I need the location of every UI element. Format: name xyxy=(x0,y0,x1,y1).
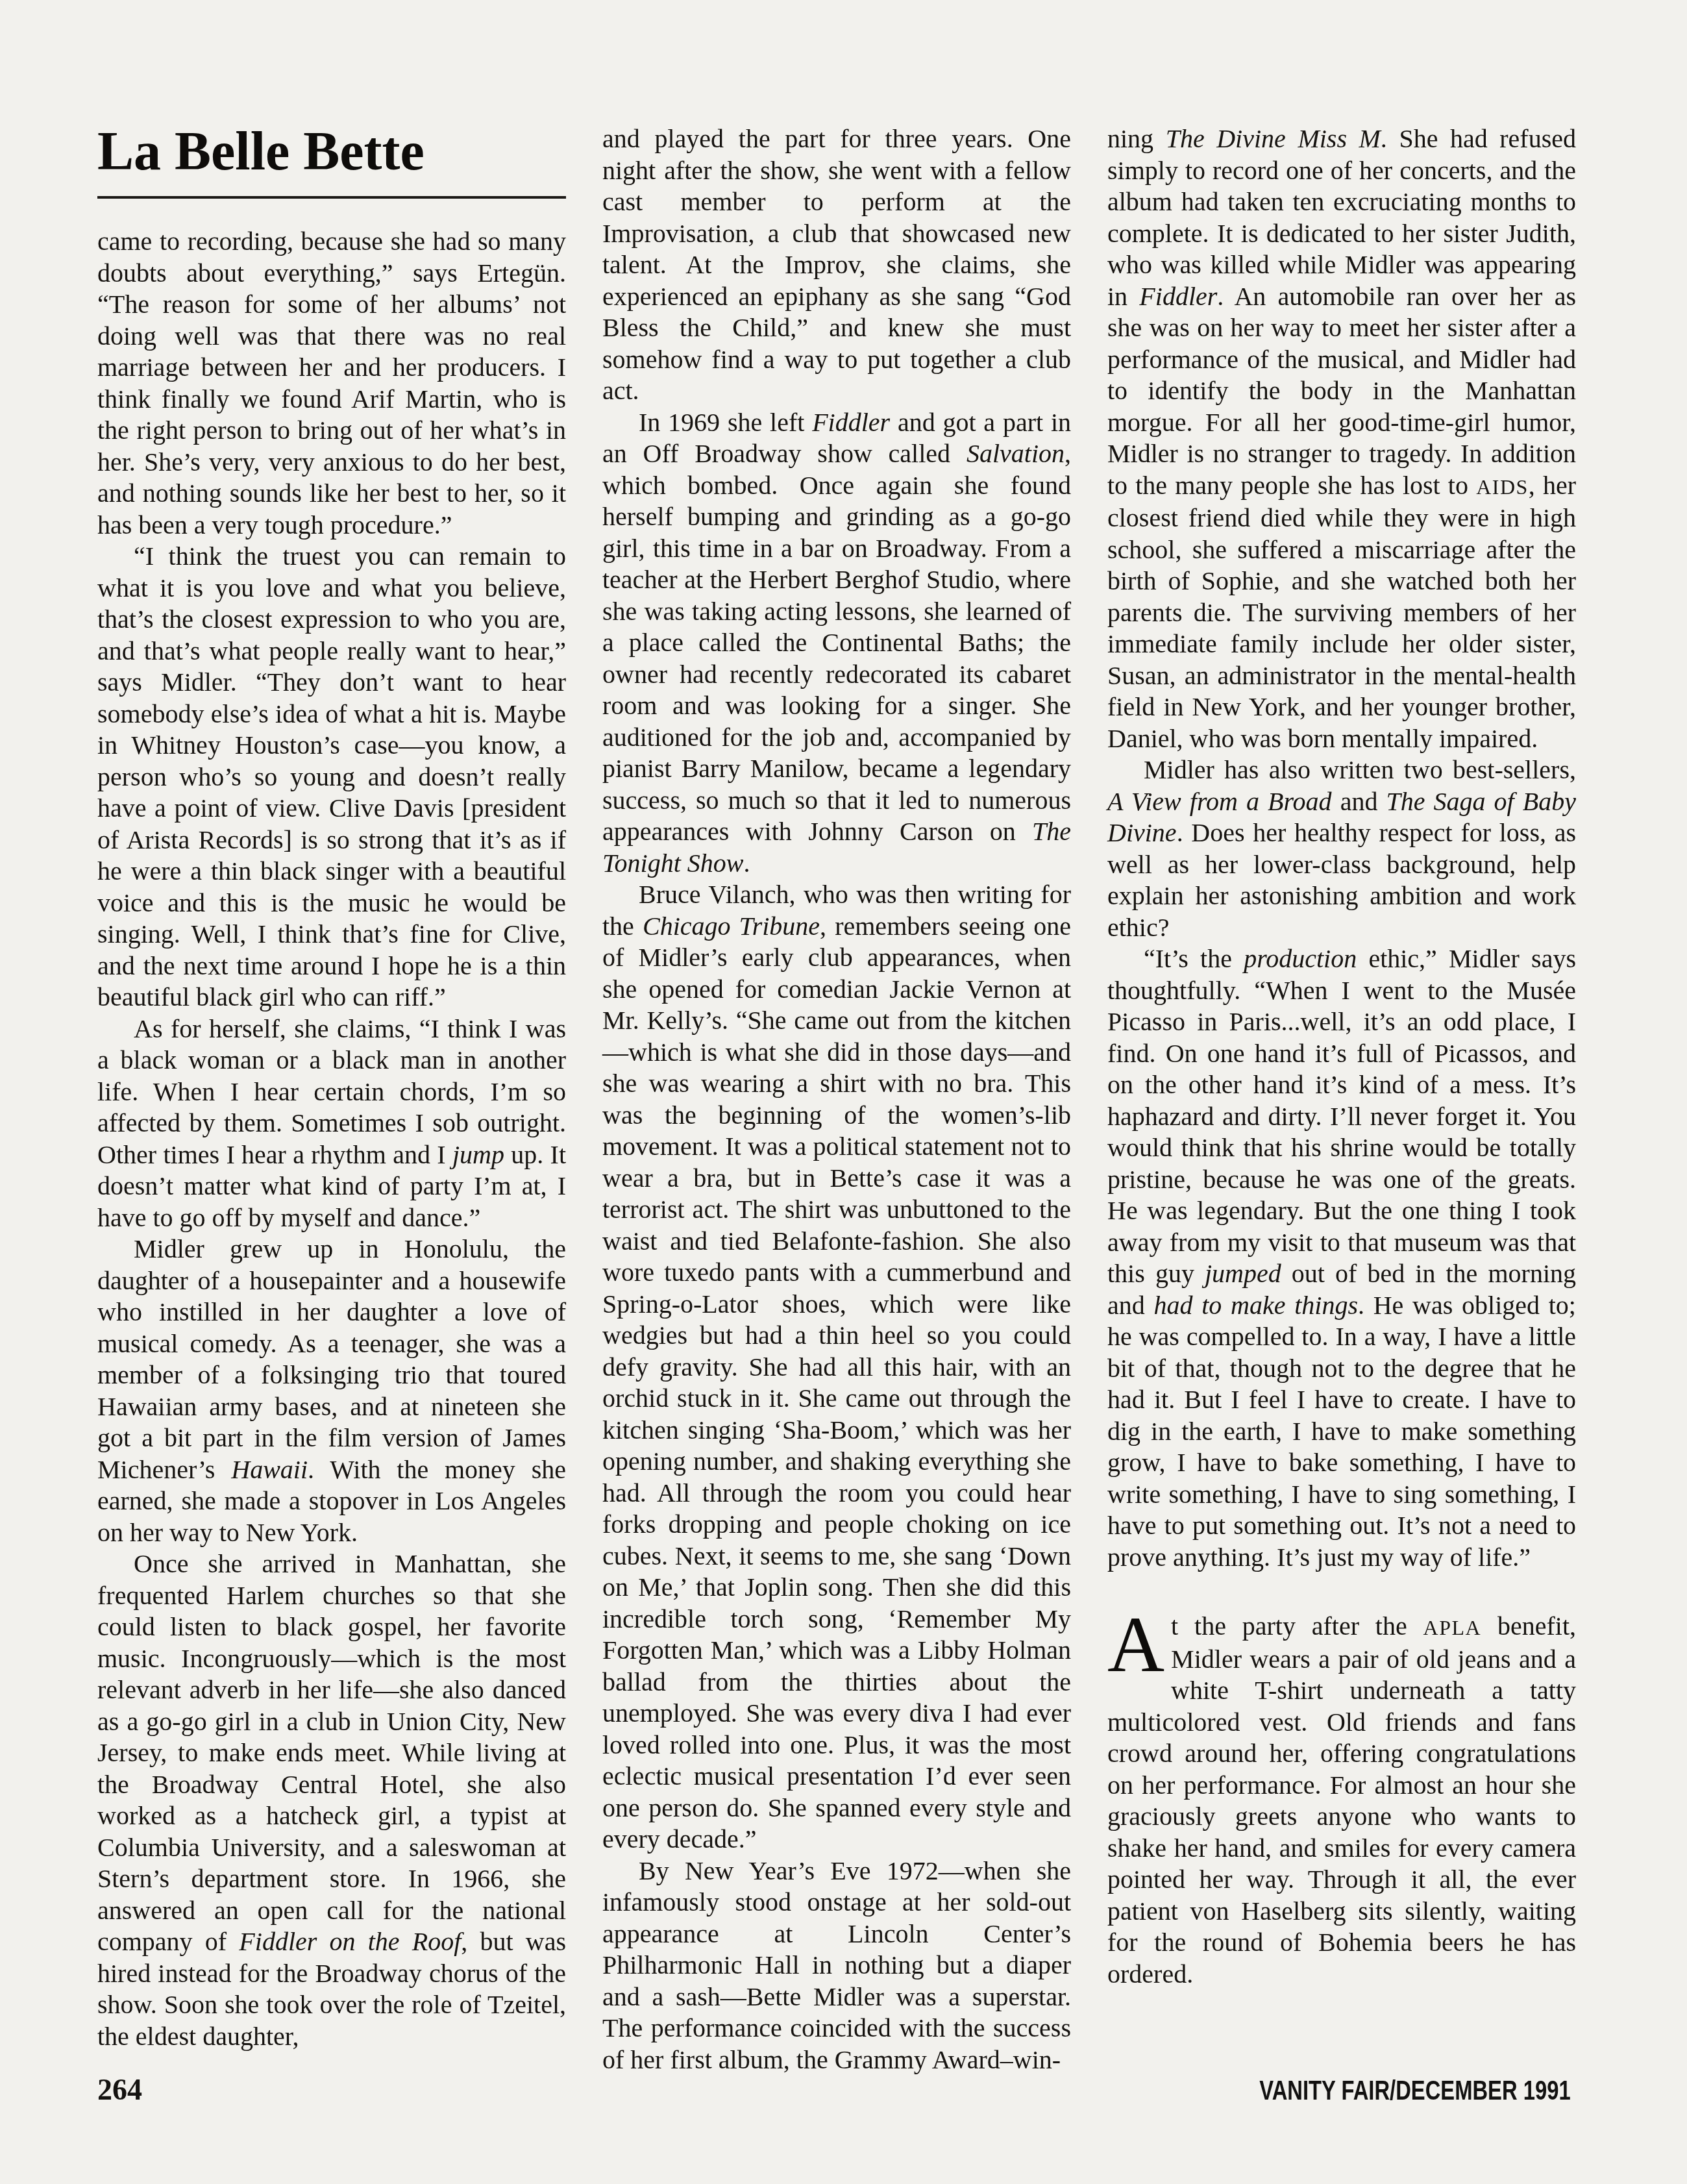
page-number: 264 xyxy=(97,2072,142,2107)
paragraph: ning The Divine Miss M. She had refused … xyxy=(1107,123,1576,754)
body-text: . xyxy=(743,849,750,878)
article-header: La Belle Bette xyxy=(97,123,566,199)
italic-text: The Divine Miss M xyxy=(1166,124,1381,153)
italic-text: Chicago Tribune xyxy=(643,912,820,941)
body-text: “It’s the xyxy=(1144,944,1244,973)
italic-text: Fiddler on the Roof xyxy=(239,1927,461,1956)
body-text: In 1969 she left xyxy=(639,408,812,437)
paragraph: Once she arrived in Manhattan, she frequ… xyxy=(97,1548,566,2052)
body-text: benefit, Midler wears a pair of old jean… xyxy=(1107,1611,1576,1989)
paragraph: By New Year’s Eve 1972—when she infamous… xyxy=(602,1855,1071,2076)
article-columns: La Belle Bette came to recording, becaus… xyxy=(97,123,1576,2076)
body-text: . He was obliged to; he was compelled to… xyxy=(1107,1291,1576,1572)
italic-text: Fiddler xyxy=(812,408,890,437)
paragraph: came to recording, because she had so ma… xyxy=(97,226,566,541)
paragraph: and played the part for three years. One… xyxy=(602,123,1071,407)
body-text: ethic,” Midler says thoughtfully. “When … xyxy=(1107,944,1576,1288)
italic-text: Hawaii xyxy=(231,1455,308,1484)
body-text: t the party after the xyxy=(1171,1611,1423,1641)
smallcaps-text: APLA xyxy=(1423,1616,1482,1639)
paragraph: Midler grew up in Honolulu, the daughter… xyxy=(97,1234,566,1548)
body-text: , her closest friend died while they wer… xyxy=(1107,471,1576,753)
italic-text: Fiddler xyxy=(1139,282,1217,311)
paragraph: “I think the truest you can remain to wh… xyxy=(97,541,566,1013)
italic-text: jump xyxy=(452,1140,504,1169)
italic-text: Salvation xyxy=(967,439,1065,468)
body-text: , which bombed. Once again she found her… xyxy=(602,439,1071,846)
italic-text: had to make things xyxy=(1154,1291,1359,1320)
body-text: came to recording, because she had so ma… xyxy=(97,227,566,540)
body-text: Midler has also written two best-sellers… xyxy=(1144,755,1576,784)
article-column-2: and played the part for three years. One… xyxy=(602,123,1071,2076)
italic-text: A View from a Broad xyxy=(1107,787,1332,816)
title-rule xyxy=(97,196,566,199)
body-text: Midler grew up in Honolulu, the daughter… xyxy=(97,1234,566,1484)
article-column-3: ning The Divine Miss M. She had refused … xyxy=(1107,123,1576,2076)
body-text: . Does her healthy respect for loss, as … xyxy=(1107,818,1576,942)
body-text: Once she arrived in Manhattan, she frequ… xyxy=(97,1549,566,1956)
paragraph: As for herself, she claims, “I think I w… xyxy=(97,1013,566,1234)
paragraph: Midler has also written two best-sellers… xyxy=(1107,754,1576,943)
body-text: , remembers seeing one of Midler’s early… xyxy=(602,912,1071,1854)
magazine-page: La Belle Bette came to recording, becaus… xyxy=(0,0,1687,2184)
body-text: By New Year’s Eve 1972—when she infamous… xyxy=(602,1856,1071,2074)
paragraph: At the party after the APLA benefit, Mid… xyxy=(1107,1611,1576,1990)
footer-credit: VANITY FAIR/DECEMBER 1991 xyxy=(1260,2075,1571,2106)
paragraph: “It’s the production ethic,” Midler says… xyxy=(1107,943,1576,1573)
article-column-1: La Belle Bette came to recording, becaus… xyxy=(97,123,566,2076)
body-text: . An automobile ran over her as she was … xyxy=(1107,282,1576,500)
body-text: and xyxy=(1332,787,1386,816)
page-title: La Belle Bette xyxy=(97,123,566,180)
italic-text: production xyxy=(1244,944,1357,973)
body-text: ning xyxy=(1107,124,1166,153)
paragraph: Bruce Vilanch, who was then writing for … xyxy=(602,879,1071,1855)
paragraph: In 1969 she left Fiddler and got a part … xyxy=(602,407,1071,880)
smallcaps-text: AIDS xyxy=(1476,475,1529,499)
body-text: and played the part for three years. One… xyxy=(602,124,1071,405)
drop-cap: A xyxy=(1107,1611,1171,1676)
italic-text: jumped xyxy=(1205,1259,1281,1288)
body-text: “I think the truest you can remain to wh… xyxy=(97,541,566,1011)
